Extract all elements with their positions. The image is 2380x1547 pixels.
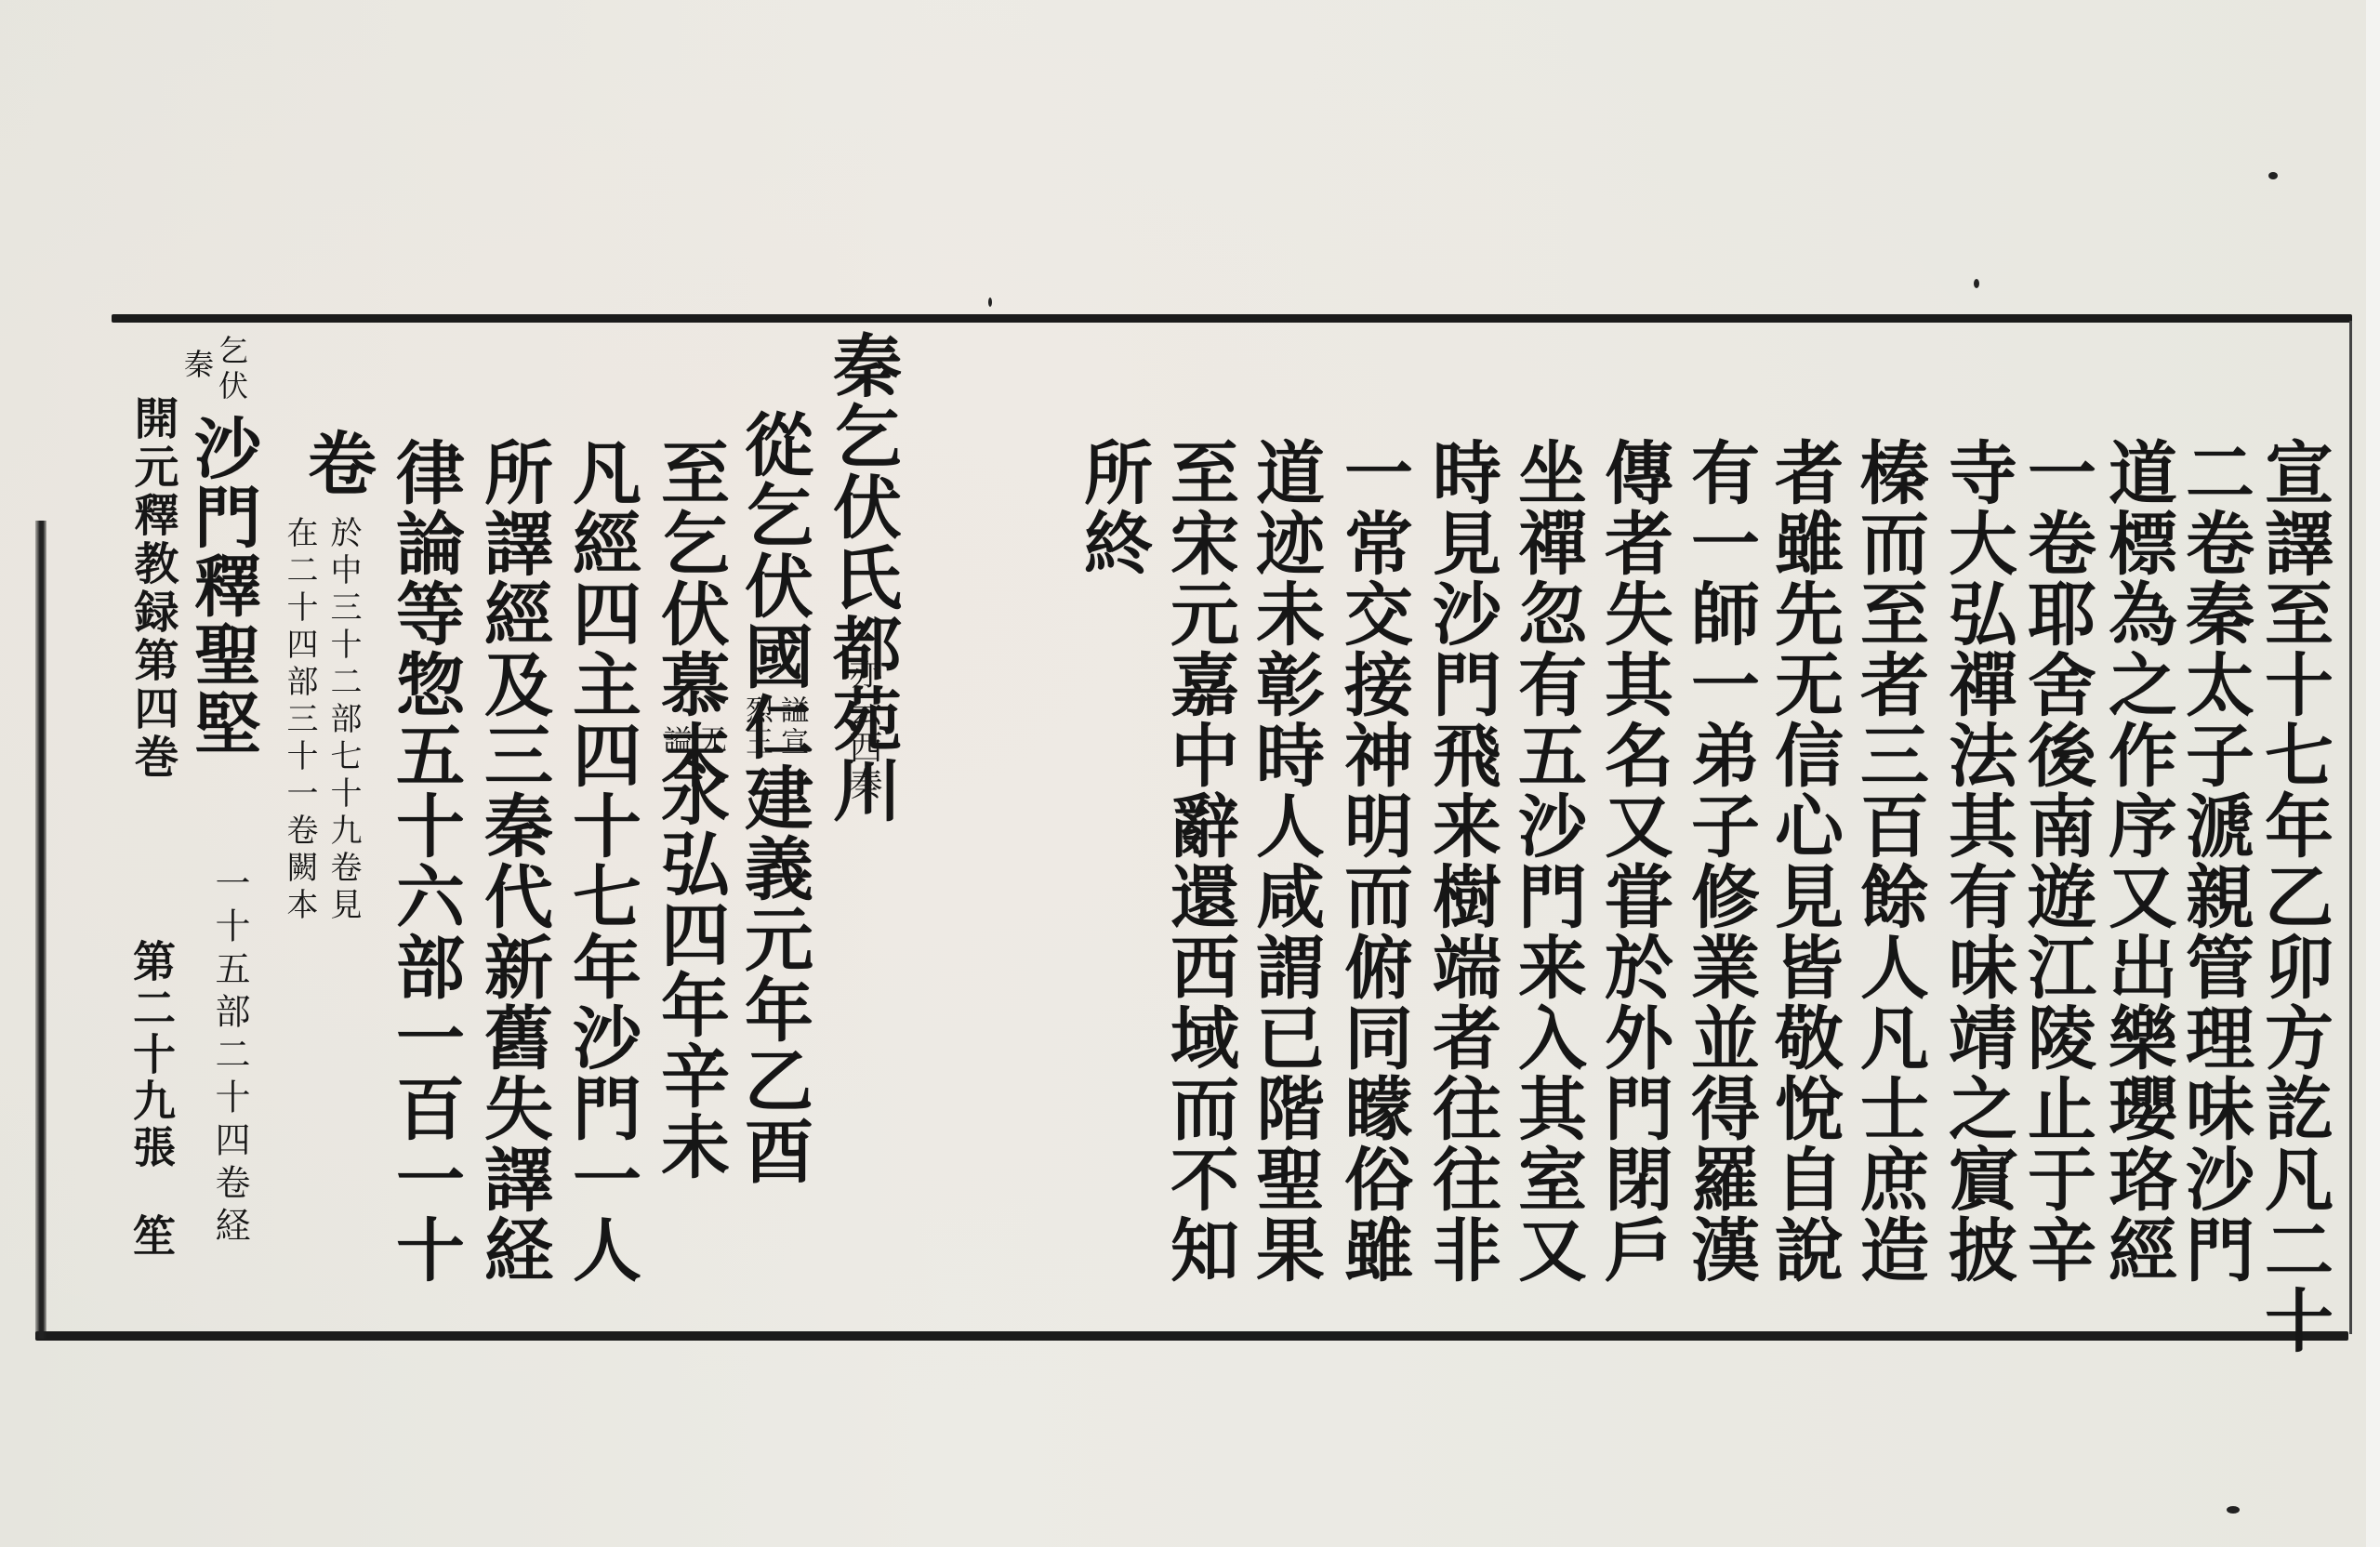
translator-name: 沙門釋聖堅 bbox=[189, 414, 256, 758]
text-column-13: 道迹未彰時人咸謂已階聖果 bbox=[1250, 437, 1319, 1285]
footer-title: 開元釋教録第四巻 bbox=[130, 395, 175, 782]
footer-mark: 笙 bbox=[130, 1213, 173, 1260]
section-column-6-note-left: 在二十四部三十一卷闕本 bbox=[284, 516, 315, 925]
section-column-2-note-right: 无 bbox=[695, 725, 723, 757]
text-column-9: 傳者失其名又甞於外門閉戶 bbox=[1599, 437, 1668, 1285]
text-column-10: 坐禪忽有五沙門来入其室又 bbox=[1513, 437, 1581, 1285]
ink-speck bbox=[988, 297, 992, 307]
text-column-11: 時見沙門飛来樹端者往往非 bbox=[1427, 437, 1496, 1285]
text-column-2: 二卷秦太子㴲親管理味沙門 bbox=[2180, 437, 2249, 1285]
ink-speck bbox=[2268, 172, 2278, 179]
ink-speck bbox=[1974, 279, 1979, 288]
section-column-6: 卷 bbox=[302, 428, 371, 498]
dynasty-label-right: 乞伏 bbox=[217, 335, 246, 405]
section-column-1-note-right: 謚宣 bbox=[777, 695, 805, 759]
dynasty-label-left: 秦 bbox=[182, 349, 212, 382]
text-column-4: 一卷耶舍後南遊江陵止于辛 bbox=[2022, 437, 2091, 1285]
frame-top-border bbox=[112, 314, 2352, 323]
text-column-5: 寺大弘禪法其有味靖之賔披 bbox=[1943, 437, 2012, 1285]
section-column-1-after: 建義元年乙酉 bbox=[739, 762, 808, 1186]
section-column-6-note-right: 於中三十二部七十九卷見 bbox=[327, 516, 359, 925]
text-column-7: 者雖先无信心見皆敬悅自說 bbox=[1769, 437, 1838, 1285]
page-edge bbox=[2366, 0, 2380, 1547]
section-column-5: 律論等惣五十六部一百一十 bbox=[390, 437, 459, 1285]
text-column-1: 宣譯至十七年乙卯方訖凡二十 bbox=[2259, 437, 2328, 1355]
text-column-8: 有一師一弟子修業並得羅漢 bbox=[1686, 437, 1754, 1285]
section-column-4: 所譯經及三秦代新舊失譯経 bbox=[479, 437, 548, 1285]
footer-page-number: 第二十九張 bbox=[130, 939, 173, 1171]
section-column-3: 凡經四主四十七年沙門一人 bbox=[567, 437, 636, 1285]
frame-left-border bbox=[35, 521, 46, 1339]
section-column-2-note-left: 謚 bbox=[660, 725, 688, 757]
translator-note: 一十五部二十四卷経 bbox=[212, 865, 247, 1249]
ink-speck bbox=[2227, 1506, 2240, 1514]
frame-bottom-border bbox=[35, 1331, 2348, 1341]
text-column-3: 道標為之作序又出樂瓔珞經 bbox=[2103, 437, 2172, 1285]
text-column-6: 榛而至者三百餘人凡士庶造 bbox=[1855, 437, 1924, 1285]
text-column-14: 至宋元嘉中辭還西域而不知 bbox=[1165, 437, 1234, 1285]
text-column-15: 所終 bbox=[1078, 437, 1147, 578]
text-column-12: 一常交接神明而俯同矇俗雖 bbox=[1339, 437, 1408, 1285]
frame-right-border bbox=[2349, 321, 2352, 1334]
section-column-2-after: 永弘四年辛未 bbox=[655, 758, 724, 1182]
section-heading-note: 亦云西秦 bbox=[846, 655, 879, 804]
section-column-1-note-left: 烈王 bbox=[742, 695, 770, 759]
